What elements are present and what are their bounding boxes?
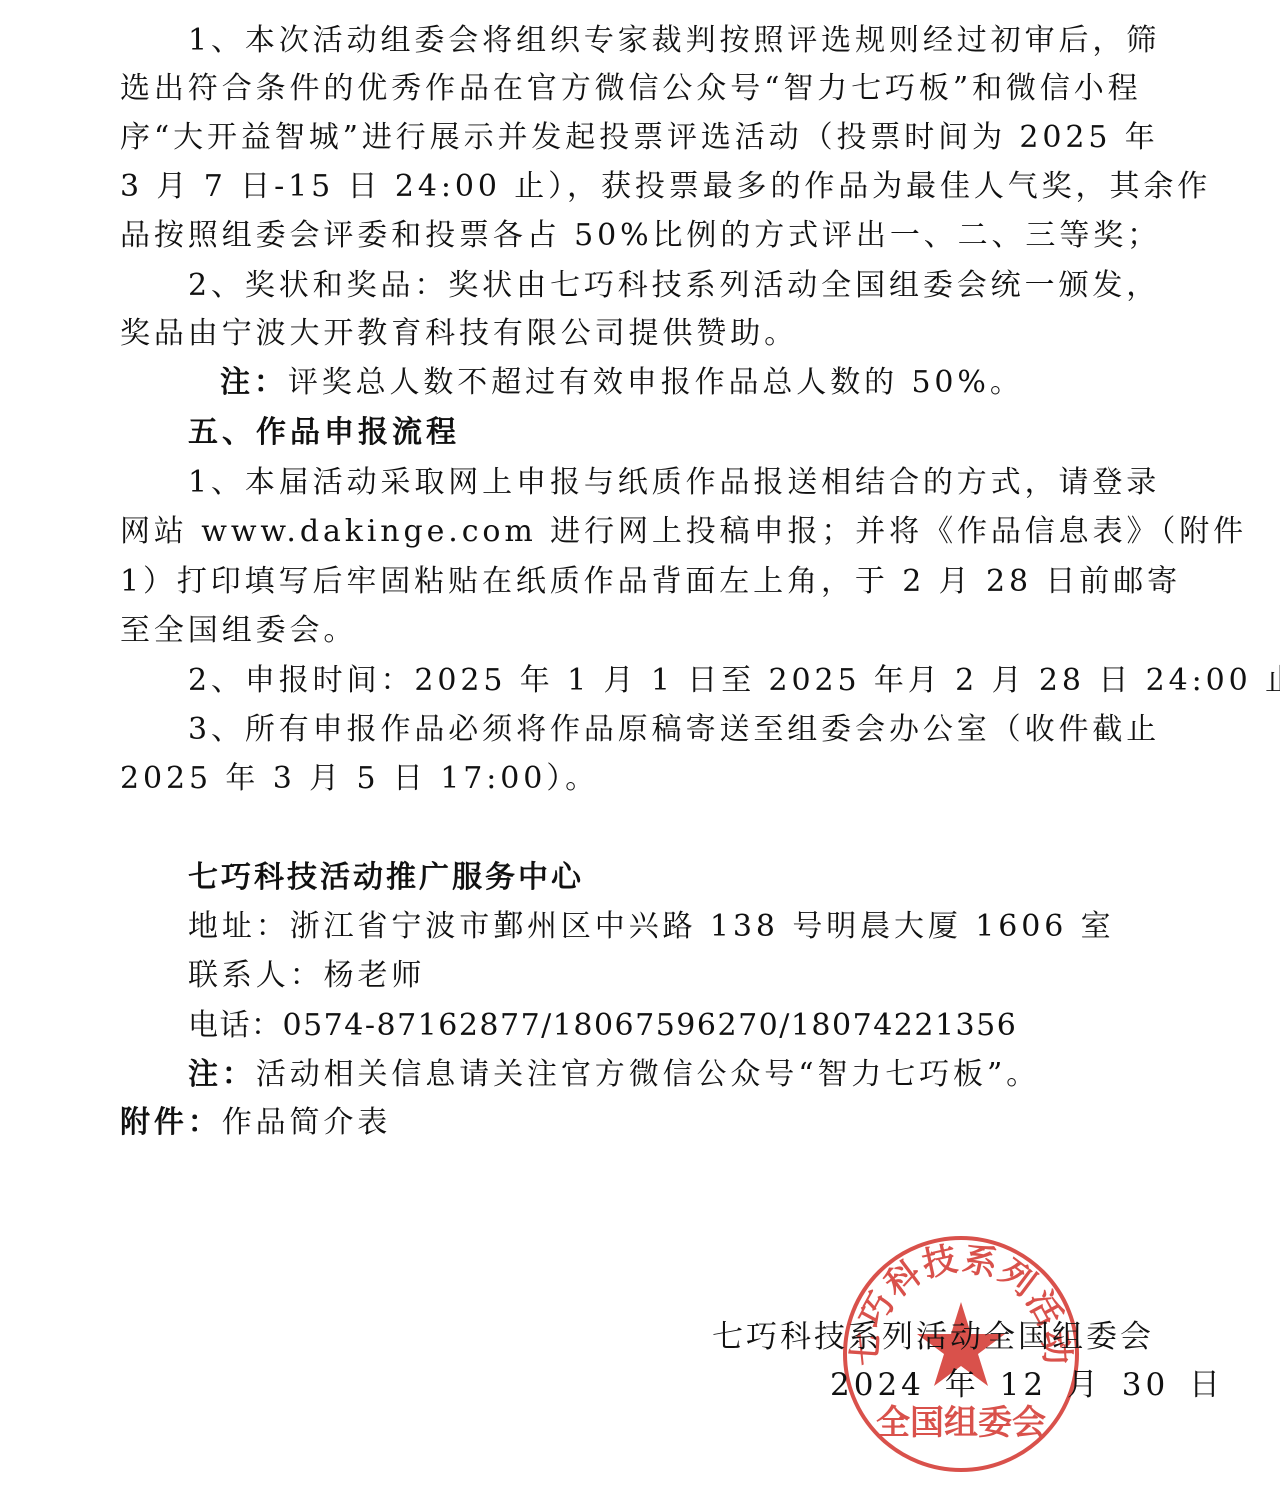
attachment-text: 作品简介表 [222, 1105, 392, 1140]
award-item2-line1: 2、奖状和奖品：奖状由七巧科技系列活动全国组委会统一颁发， [188, 261, 1160, 310]
contact-person: 联系人：杨老师 [188, 951, 1160, 1000]
award-item1-line3: 序“大开益智城”进行展示并发起投票评选活动（投票时间为 2025 年 [120, 113, 1160, 162]
section5-heading: 五、作品申报流程 [188, 408, 1160, 457]
contact-note-label: 注： [188, 1057, 256, 1092]
award-note: 注：评奖总人数不超过有效申报作品总人数的 50%。 [220, 358, 1160, 407]
contact-phone: 电话：0574-87162877/18067596270/18074221356 [188, 1001, 1160, 1050]
submit-item1-line3: 1）打印填写后牢固粘贴在纸质作品背面左上角，于 2 月 28 日前邮寄 [120, 557, 1160, 606]
award-item2-line2: 奖品由宁波大开教育科技有限公司提供赞助。 [120, 309, 1160, 358]
submit-item1-line1: 1、本届活动采取网上申报与纸质作品报送相结合的方式，请登录 [188, 458, 1160, 507]
signature-date: 2024 年 12 月 30 日 [830, 1361, 1224, 1410]
award-item1-line1: 1、本次活动组委会将组织专家裁判按照评选规则经过初审后，筛 [188, 16, 1160, 65]
signature-org: 七巧科技系列活动全国组委会 [712, 1313, 1154, 1362]
contact-note-text: 活动相关信息请关注官方微信公众号“智力七巧板”。 [256, 1057, 1040, 1092]
contact-note: 注：活动相关信息请关注官方微信公众号“智力七巧板”。 [188, 1050, 1160, 1099]
attachment-label: 附件： [120, 1105, 222, 1140]
award-note-label: 注： [220, 365, 288, 400]
submit-item3-line1: 3、所有申报作品必须将作品原稿寄送至组委会办公室（收件截止 [188, 705, 1160, 754]
submit-item1-line4: 至全国组委会。 [120, 606, 1160, 655]
award-item1-line4: 3 月 7 日-15 日 24:00 止），获投票最多的作品为最佳人气奖，其余作 [120, 162, 1160, 211]
contact-org-name: 七巧科技活动推广服务中心 [188, 853, 1160, 902]
attachment-line: 附件：作品简介表 [120, 1098, 1160, 1147]
submit-item3-line2: 2025 年 3 月 5 日 17:00）。 [120, 754, 1160, 803]
award-item1-line2: 选出符合条件的优秀作品在官方微信公众号“智力七巧板”和微信小程 [120, 64, 1160, 113]
award-item1-line5: 品按照组委会评委和投票各占 50%比例的方式评出一、二、三等奖； [120, 211, 1160, 260]
submit-item1-line2: 网站 www.dakinge.com 进行网上投稿申报；并将《作品信息表》（附件 [120, 507, 1160, 556]
submit-item2: 2、申报时间：2025 年 1 月 1 日至 2025 年月 2 月 28 日 … [188, 656, 1160, 705]
award-note-text: 评奖总人数不超过有效申报作品总人数的 50%。 [288, 365, 1024, 400]
contact-address: 地址：浙江省宁波市鄞州区中兴路 138 号明晨大厦 1606 室 [188, 902, 1160, 951]
